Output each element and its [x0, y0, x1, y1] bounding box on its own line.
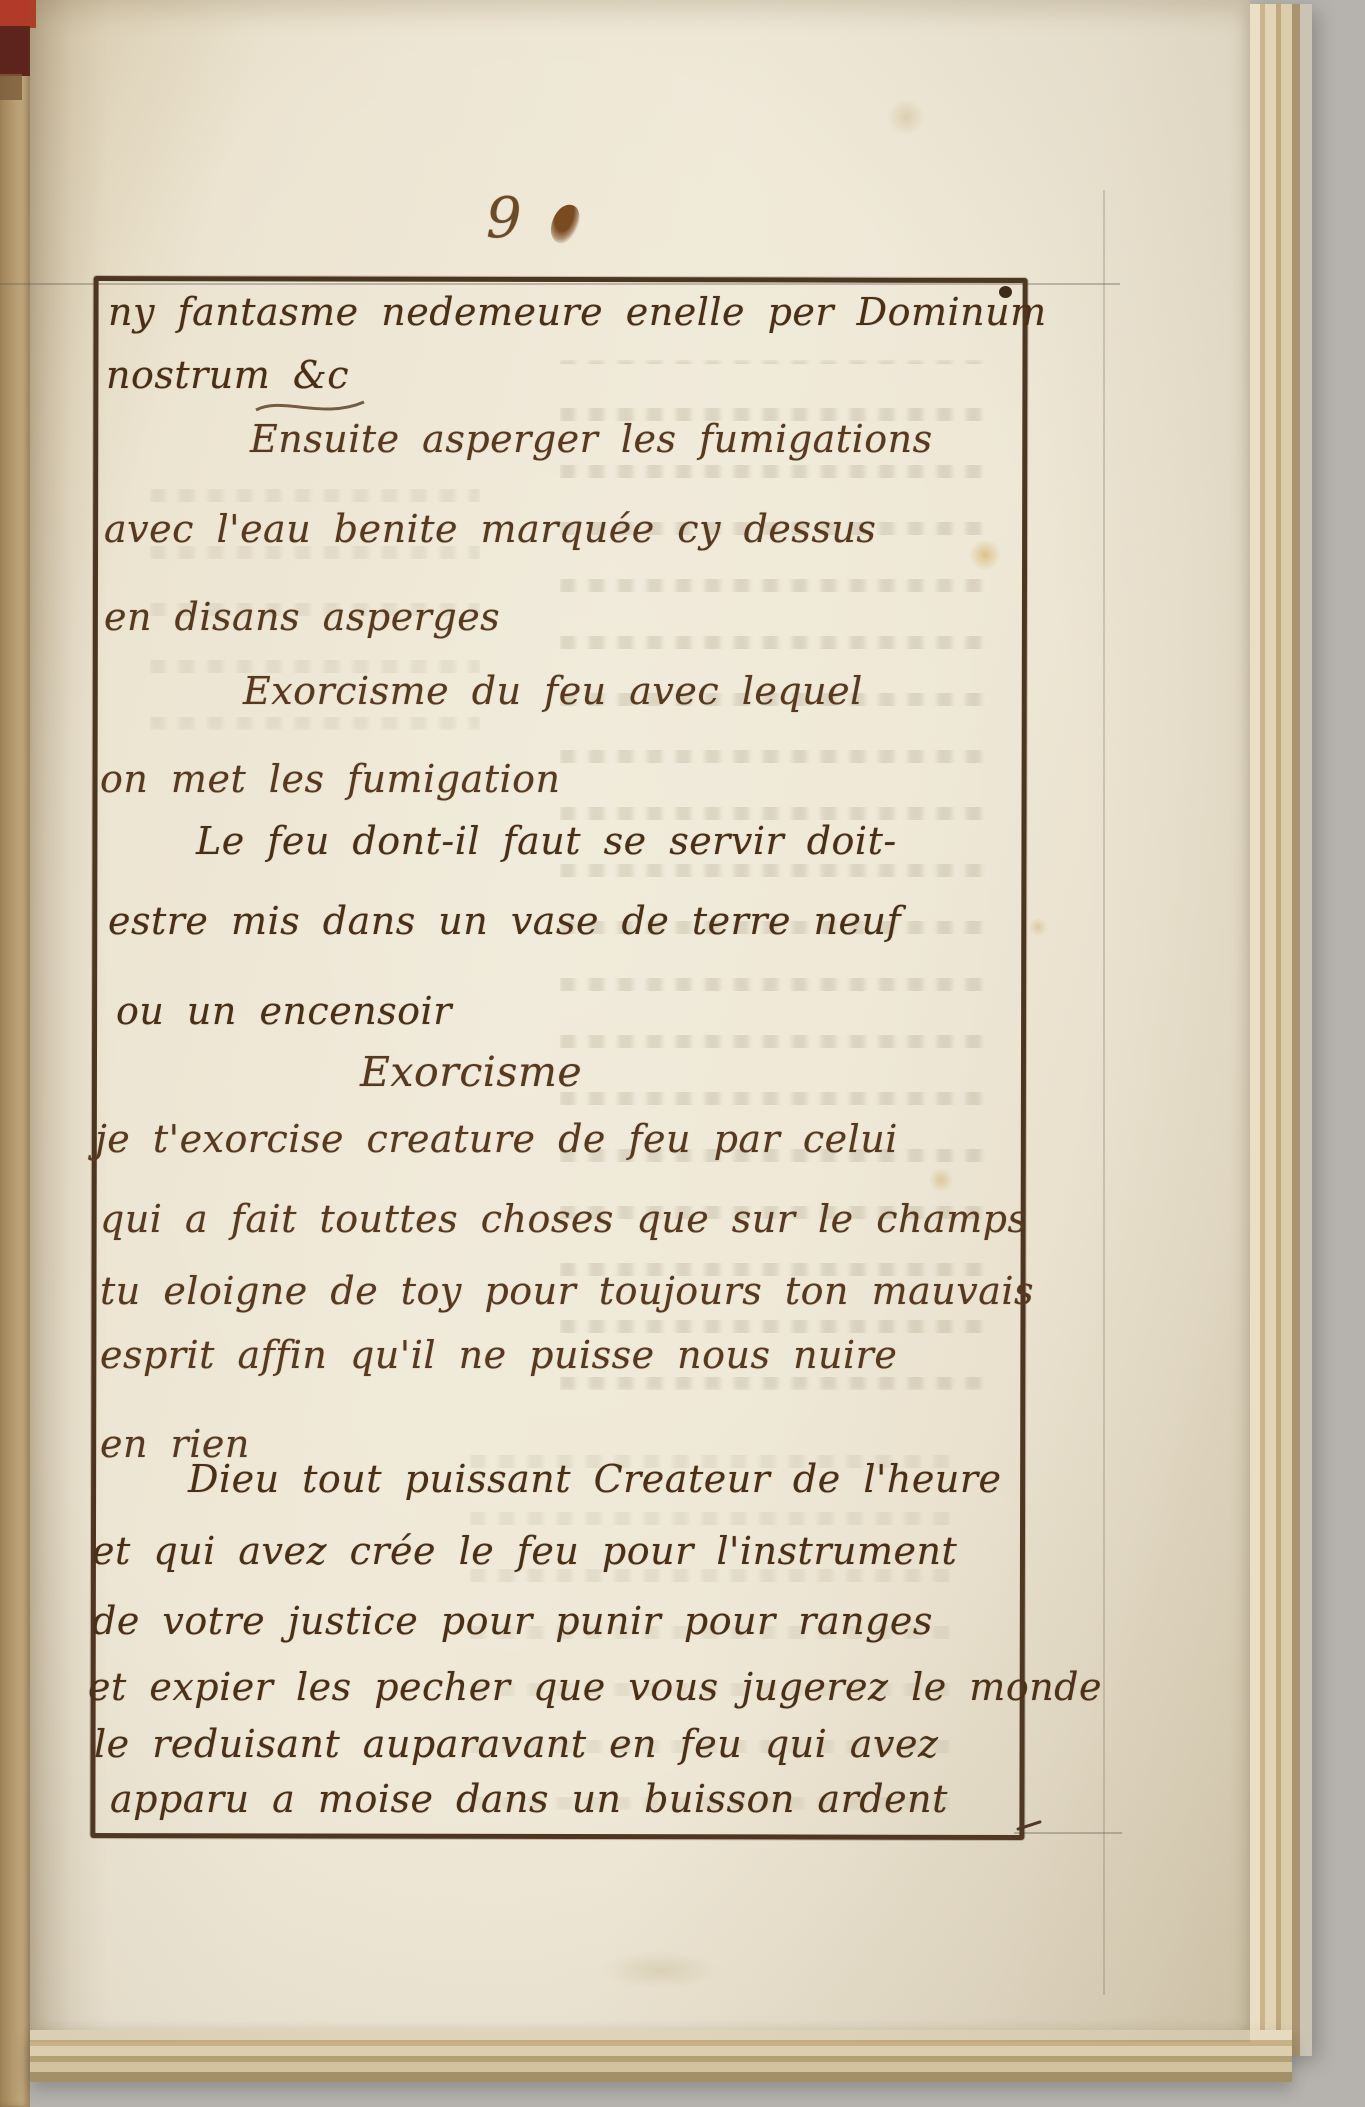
manuscript-line: tu eloigne de toy pour toujours ton mauv… — [100, 1272, 1034, 1310]
binding-maroon-patch — [0, 26, 30, 76]
paper-stain — [1028, 918, 1048, 936]
manuscript-line: ou un encensoir — [116, 992, 452, 1030]
binding-red-patch — [0, 0, 36, 28]
manuscript-line: on met les fumigation — [100, 760, 561, 798]
manuscript-line: nostrum &c — [106, 356, 349, 394]
paper-stain — [886, 100, 926, 134]
manuscript-line: le reduisant auparavant en feu qui avez — [94, 1725, 939, 1763]
manuscript-line: estre mis dans un vase de terre neuf — [108, 902, 901, 940]
page-number: 9 — [486, 186, 522, 251]
manuscript-line: et qui avez crée le feu pour l'instrumen… — [92, 1532, 957, 1570]
paper-stain — [600, 1950, 720, 1990]
manuscript-line: Exorcisme du feu avec lequel — [243, 672, 863, 710]
manuscript-line: Le feu dont-il faut se servir doit- — [196, 822, 897, 860]
fore-edge-page-stack — [1250, 4, 1312, 2056]
manuscript-line: apparu a moise dans un buisson ardent — [110, 1780, 948, 1818]
manuscript-line: avec l'eau benite marquée cy dessus — [104, 510, 876, 548]
manuscript-line: ny fantasme nedemeure enelle per Dominum — [108, 293, 1047, 331]
book-spine — [0, 0, 30, 2107]
pencil-guideline-bottom — [1014, 1832, 1122, 1834]
section-heading: Exorcisme — [360, 1052, 582, 1093]
pencil-margin-line — [1103, 190, 1105, 1995]
manuscript-line: Ensuite asperger les fumigations — [250, 420, 933, 458]
manuscript-line: de votre justice pour punir pour ranges — [92, 1602, 933, 1640]
manuscript-line: et expier les pecher que vous jugerez le… — [88, 1668, 1102, 1706]
manuscript-line: Dieu tout puissant Createur de l'heure — [188, 1460, 1002, 1498]
manuscript-line: qui a fait touttes choses que sur le cha… — [100, 1200, 1028, 1238]
manuscript-line: esprit affin qu'il ne puisse nous nuire — [100, 1336, 897, 1374]
bottom-edge-page-stack — [30, 2030, 1292, 2082]
manuscript-photo: 9 ny fantasme nedemeure enelle per Domin… — [0, 0, 1365, 2107]
manuscript-line: je t'exorcise creature de feu par celui — [95, 1120, 898, 1158]
manuscript-line: en disans asperges — [104, 598, 500, 636]
binding-smudge — [0, 74, 22, 100]
